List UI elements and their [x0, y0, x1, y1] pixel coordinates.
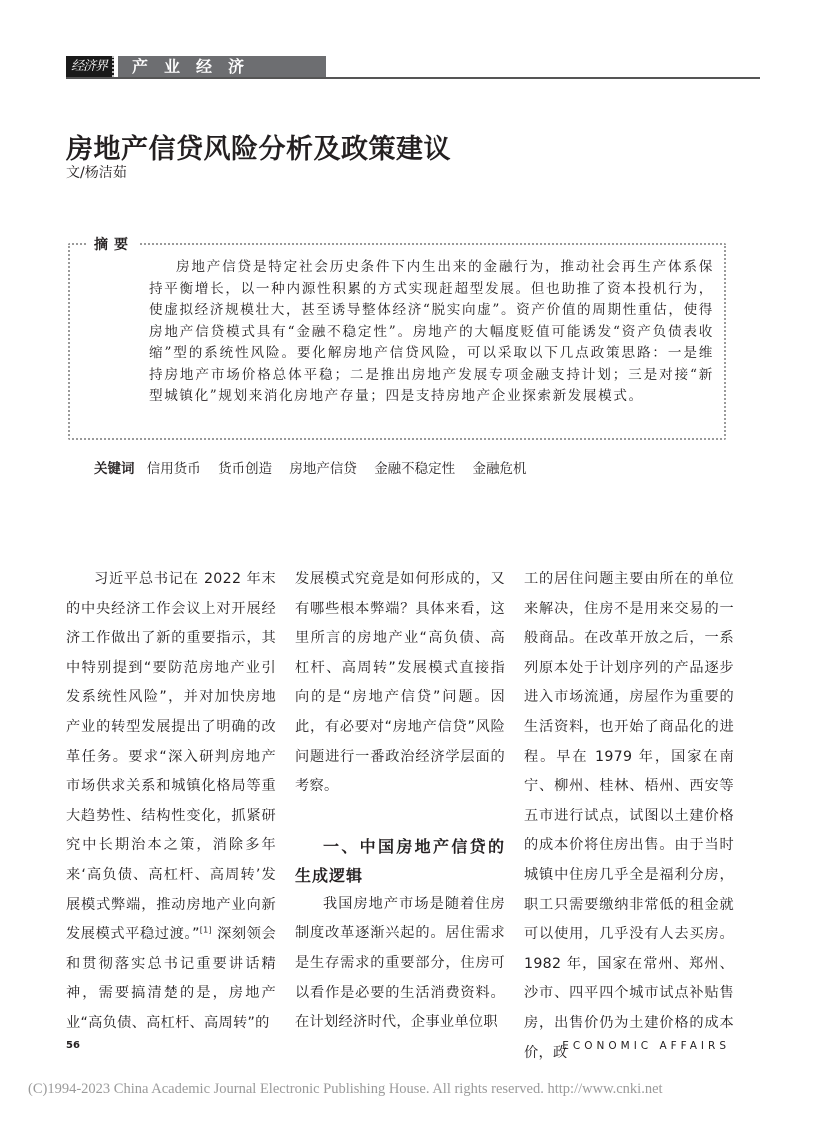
body-paragraph: 发展模式究竟是如何形成的，又有哪些根本弊端？具体来看，这里所言的房地产业“高负债… — [295, 565, 505, 802]
keywords-line: 关键词 信用货币 货币创造 房地产信贷 金融不稳定性 金融危机 — [94, 457, 539, 477]
header-divider — [66, 77, 760, 79]
page-number: 56 — [66, 1040, 80, 1051]
keywords-label: 关键词 — [94, 461, 135, 477]
keyword: 金融不稳定性 — [374, 461, 455, 477]
article-author: 文/杨洁茹 — [66, 162, 127, 182]
keyword: 金融危机 — [472, 461, 526, 477]
citation-ref: [1] — [200, 925, 212, 934]
body-column-2: 发展模式究竟是如何形成的，又有哪些根本弊端？具体来看，这里所言的房地产业“高负债… — [295, 565, 505, 1038]
body-paragraph: 习近平总书记在 2022 年末的中央经济工作会议上对开展经济工作做出了新的重要指… — [66, 565, 276, 1039]
keyword: 信用货币 — [147, 461, 201, 477]
section-label: 产业经济 — [118, 56, 326, 77]
section-heading: 一、中国房地产信贷的生成逻辑 — [295, 832, 505, 890]
journal-name: ECONOMIC AFFAIRS — [562, 1040, 730, 1052]
keyword: 货币创造 — [218, 461, 272, 477]
article-title: 房地产信贷风险分析及政策建议 — [66, 127, 451, 166]
body-column-3: 工的居住问题主要由所在的单位来解决，住房不是用来交易的一般商品。在改革开放之后，… — [524, 565, 734, 1068]
abstract-text: 房地产信贷是特定社会历史条件下内生出来的金融行为，推动社会再生产体系保持平衡增长… — [149, 257, 714, 408]
body-column-1: 习近平总书记在 2022 年末的中央经济工作会议上对开展经济工作做出了新的重要指… — [66, 565, 276, 1039]
copyright-notice: (C)1994-2023 China Academic Journal Elec… — [28, 1081, 663, 1098]
body-paragraph: 工的居住问题主要由所在的单位来解决，住房不是用来交易的一般商品。在改革开放之后，… — [524, 565, 734, 1068]
body-paragraph: 我国房地产市场是随着住房制度改革逐渐兴起的。居住需求是生存需求的重要部分，住房可… — [295, 890, 505, 1038]
journal-header-bar: 经济界 产业经济 — [66, 56, 326, 77]
paragraph-text: 习近平总书记在 2022 年末的中央经济工作会议上对开展经济工作做出了新的重要指… — [66, 571, 276, 942]
keyword: 房地产信贷 — [289, 461, 357, 477]
abstract-label: 摘要 — [88, 234, 140, 254]
journal-logo: 经济界 — [66, 56, 114, 77]
